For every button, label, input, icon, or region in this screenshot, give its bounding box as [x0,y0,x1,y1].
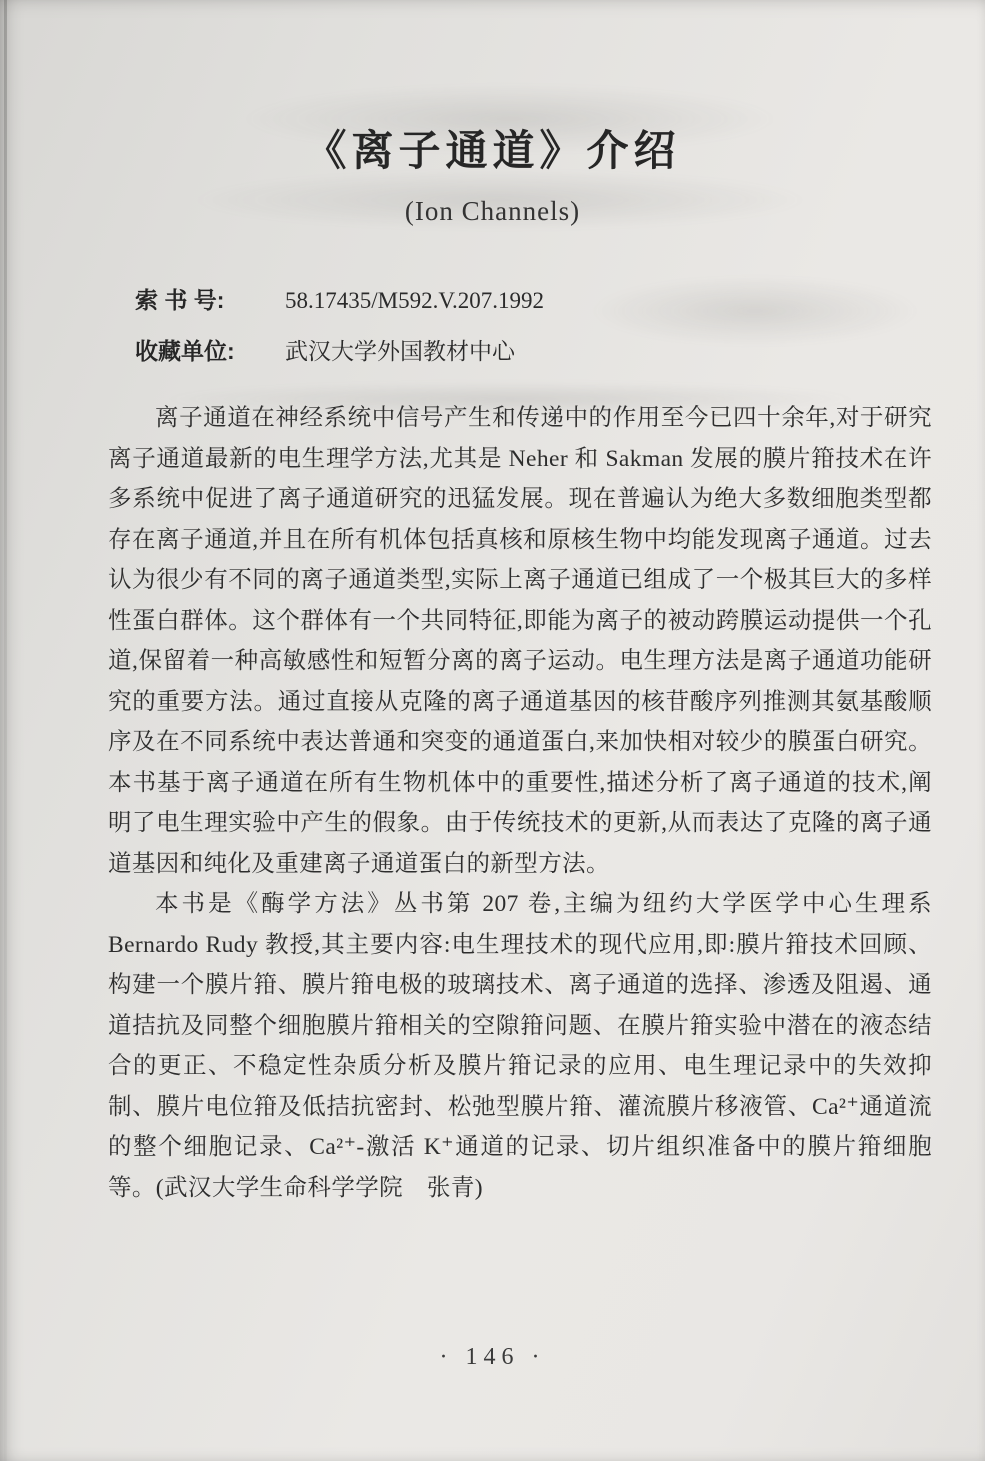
document-subtitle: (Ion Channels) [0,196,985,227]
document-body: 离子通道在神经系统中信号产生和传递中的作用至今已四十余年,对于研究离子通道最新的… [108,398,932,1208]
catalog-metadata: 索 书 号: 58.17435/M592.V.207.1992 收藏单位: 武汉… [135,282,544,384]
body-paragraph-1: 离子通道在神经系统中信号产生和传递中的作用至今已四十余年,对于研究离子通道最新的… [108,398,932,884]
page-number: · 146 · [0,1344,985,1371]
call-number-row: 索 书 号: 58.17435/M592.V.207.1992 [135,282,544,315]
bleedthrough-artifact [590,276,920,346]
scanned-document-page: 《离子通道》介绍 (Ion Channels) 索 书 号: 58.17435/… [0,0,985,1461]
body-paragraph-2: 本书是《酶学方法》丛书第 207 卷,主编为纽约大学医学中心生理系 Bernar… [108,884,932,1208]
call-number-value: 58.17435/M592.V.207.1992 [285,288,544,314]
call-number-label: 索 书 号: [135,282,253,315]
document-title: 《离子通道》介绍 [0,118,985,178]
holding-unit-label: 收藏单位: [135,333,253,366]
holding-unit-value: 武汉大学外国教材中心 [285,333,515,366]
holding-unit-row: 收藏单位: 武汉大学外国教材中心 [135,333,544,366]
